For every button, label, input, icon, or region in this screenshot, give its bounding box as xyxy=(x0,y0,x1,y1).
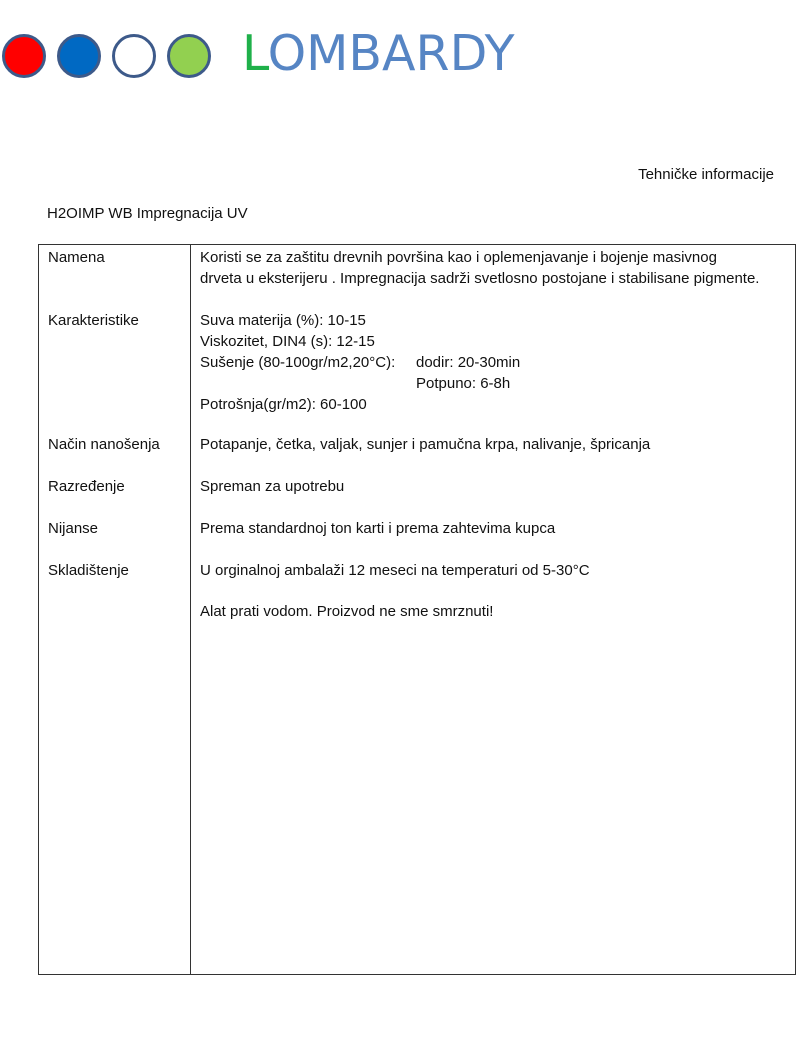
brand-first-letter: L xyxy=(242,25,268,82)
susenje-potpuno: Potpuno: 6-8h xyxy=(416,375,510,392)
blue-circle-icon xyxy=(57,34,101,78)
logo-dots xyxy=(2,31,222,81)
product-name: H2OIMP WB Impregnacija UV xyxy=(47,205,248,222)
section-title: Tehničke informacije xyxy=(638,166,774,183)
label-karakteristike: Karakteristike xyxy=(48,310,139,331)
namena-line-2: drveta u eksterijeru . Impregnacija sadr… xyxy=(200,268,759,289)
label-razredjenje: Razređenje xyxy=(48,476,125,497)
value-razredjenje: Spreman za upotrebu xyxy=(200,476,344,497)
label-nacin-nanosenja: Način nanošenja xyxy=(48,434,160,455)
value-namena: Koristi se za zaštitu drevnih površina k… xyxy=(200,247,759,289)
spec-table: Namena Koristi se za zaštitu drevnih pov… xyxy=(38,244,796,975)
viskozitet: Viskozitet, DIN4 (s): 12-15 xyxy=(200,331,520,352)
storage-note: Alat prati vodom. Proizvod ne sme smrznu… xyxy=(200,601,493,622)
brand-rest: OMBARDY xyxy=(268,25,515,82)
label-nijanse: Nijanse xyxy=(48,518,98,539)
label-namena: Namena xyxy=(48,247,105,268)
value-nacin-nanosenja: Potapanje, četka, valjak, sunjer i pamuč… xyxy=(200,434,650,455)
brand-logo-text: LOMBARDY xyxy=(242,24,515,84)
column-divider xyxy=(190,245,191,974)
green-circle-icon xyxy=(167,34,211,78)
susenje-label: Sušenje (80-100gr/m2,20°C): xyxy=(200,352,416,373)
namena-line-1: Koristi se za zaštitu drevnih površina k… xyxy=(200,247,759,268)
value-skladistenje: U orginalnoj ambalaži 12 meseci na tempe… xyxy=(200,560,590,581)
potrosnja: Potrošnja(gr/m2): 60-100 xyxy=(200,394,520,415)
red-circle-icon xyxy=(2,34,46,78)
value-karakteristike: Suva materija (%): 10-15 Viskozitet, DIN… xyxy=(200,310,520,415)
value-nijanse: Prema standardnoj ton karti i prema zaht… xyxy=(200,518,555,539)
suva-materija: Suva materija (%): 10-15 xyxy=(200,310,520,331)
susenje-dodir: dodir: 20-30min xyxy=(416,354,520,371)
white-circle-icon xyxy=(112,34,156,78)
susenje-row: Sušenje (80-100gr/m2,20°C):dodir: 20-30m… xyxy=(200,352,520,373)
label-skladistenje: Skladištenje xyxy=(48,560,129,581)
susenje-potpuno-row: Potpuno: 6-8h xyxy=(200,373,520,394)
